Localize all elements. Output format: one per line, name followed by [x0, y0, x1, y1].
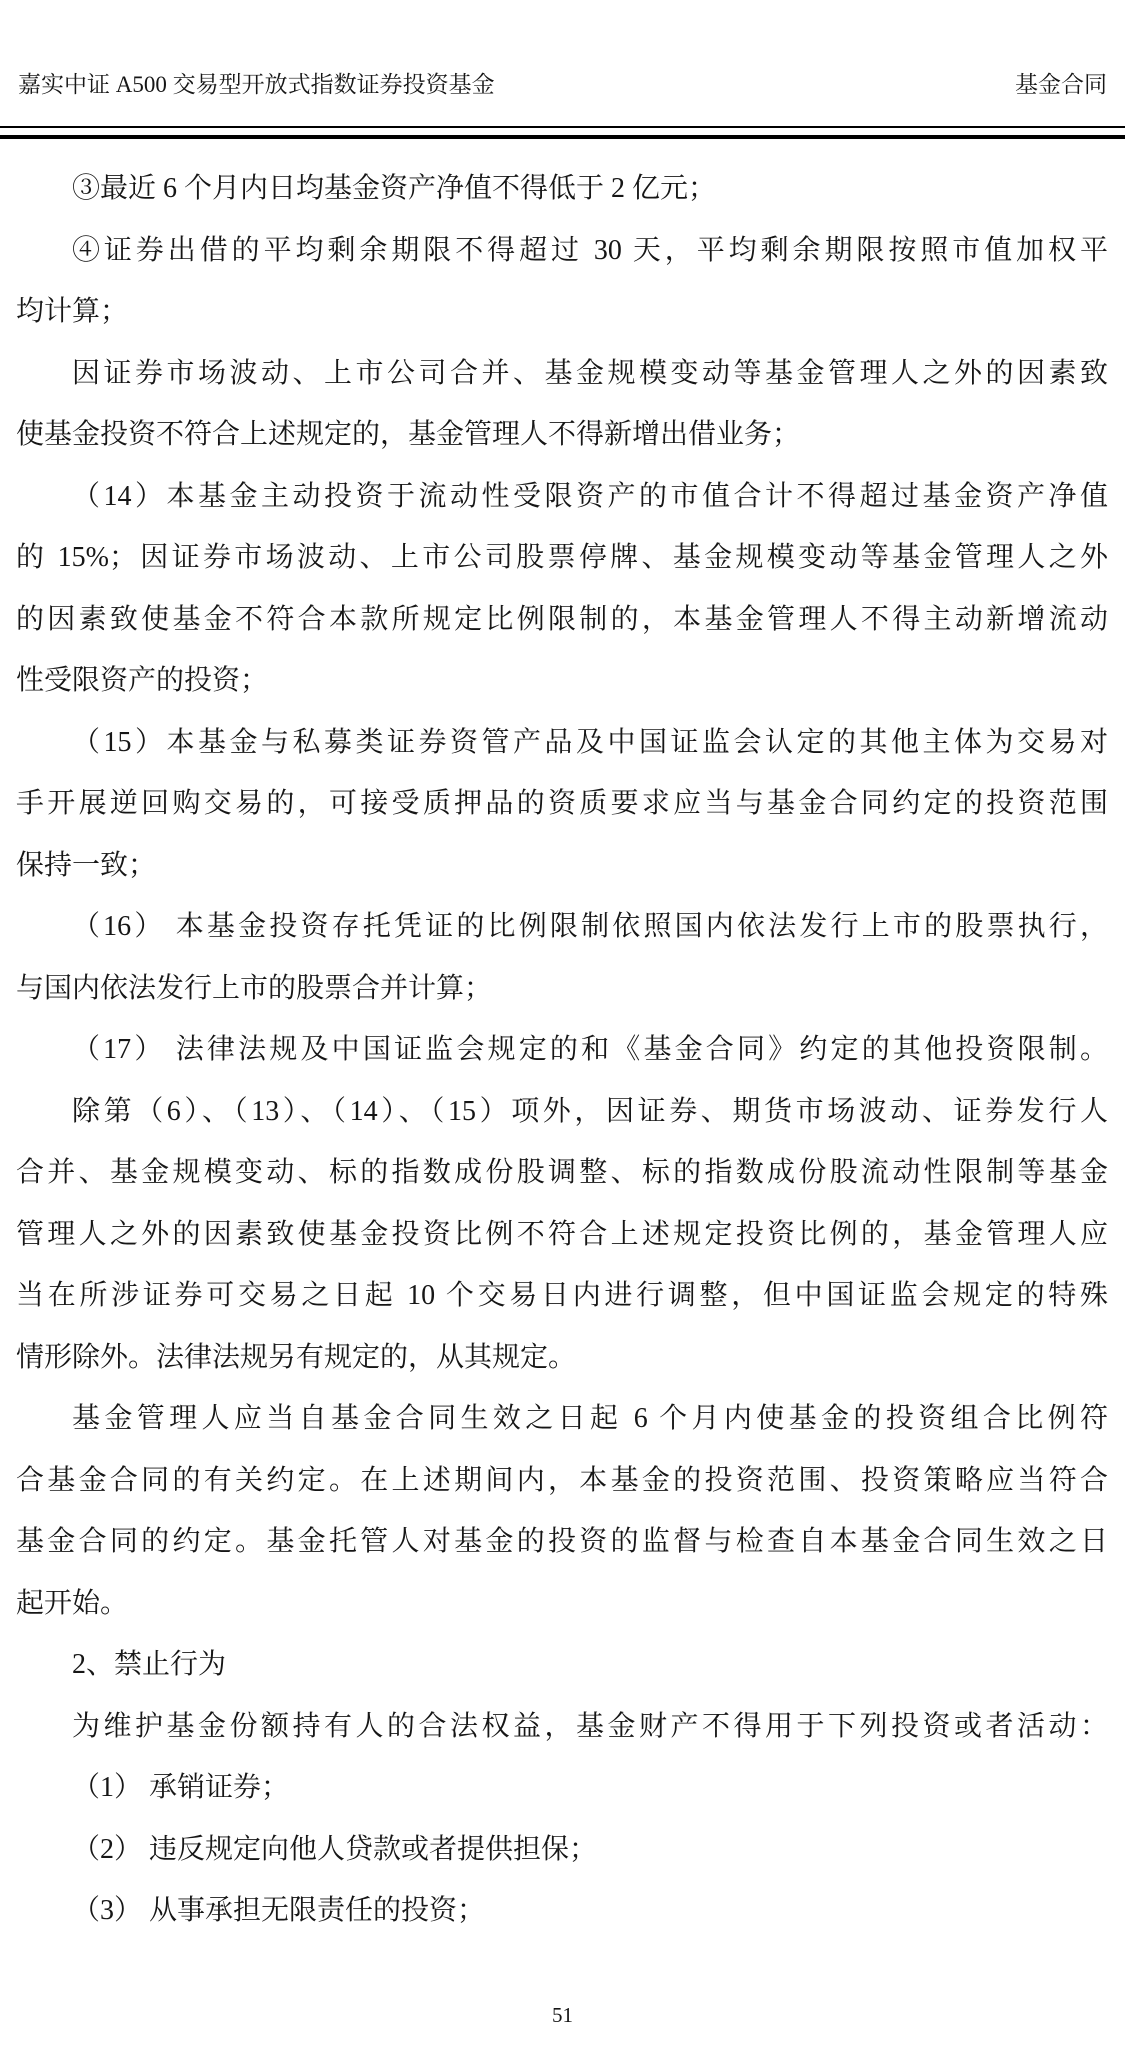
paragraph-line: 基金合同的约定。基金托管人对基金的投资的监督与检查自本基金合同生效之日 [16, 1511, 1108, 1573]
paragraph-line: 保持一致； [16, 835, 1108, 897]
paragraph-line: 情形除外。法律法规另有规定的，从其规定。 [16, 1327, 1108, 1389]
paragraph-line: ④证券出借的平均剩余期限不得超过 30 天，平均剩余期限按照市值加权平 [16, 220, 1108, 282]
paragraph-line: 2、禁止行为 [16, 1634, 1108, 1696]
paragraph-line: 均计算； [16, 281, 1108, 343]
paragraph-line: （2） 违反规定向他人贷款或者提供担保； [16, 1819, 1108, 1881]
paragraph-line: 的因素致使基金不符合本款所规定比例限制的，本基金管理人不得主动新增流动 [16, 589, 1108, 651]
header-rule-thin [0, 126, 1125, 128]
paragraph-line: （16） 本基金投资存托凭证的比例限制依照国内依法发行上市的股票执行， [16, 896, 1108, 958]
header-rule-thick [0, 135, 1125, 139]
document-page: 嘉实中证 A500 交易型开放式指数证券投资基金 基金合同 ③最近 6 个月内日… [0, 0, 1125, 2065]
page-number: 51 [552, 2003, 573, 2027]
page-footer: 51 [0, 2000, 1125, 2030]
paragraph-line: 除第（6）、（13）、（14）、（15）项外，因证券、期货市场波动、证券发行人 [16, 1081, 1108, 1143]
paragraph-line: 合基金合同的有关约定。在上述期间内，本基金的投资范围、投资策略应当符合 [16, 1450, 1108, 1512]
paragraph-line: （3） 从事承担无限责任的投资； [16, 1880, 1108, 1942]
paragraph-line: （14）本基金主动投资于流动性受限资产的市值合计不得超过基金资产净值 [16, 466, 1108, 528]
header-section-label: 基金合同 [1015, 68, 1107, 102]
paragraph-line: （17） 法律法规及中国证监会规定的和《基金合同》约定的其他投资限制。 [16, 1019, 1108, 1081]
paragraph-line: 的 15%；因证券市场波动、上市公司股票停牌、基金规模变动等基金管理人之外 [16, 527, 1108, 589]
paragraph-line: 为维护基金份额持有人的合法权益，基金财产不得用于下列投资或者活动： [16, 1696, 1108, 1758]
paragraph-line: （15）本基金与私募类证券资管产品及中国证监会认定的其他主体为交易对 [16, 712, 1108, 774]
paragraph-line: 因证券市场波动、上市公司合并、基金规模变动等基金管理人之外的因素致 [16, 343, 1108, 405]
paragraph-line: 当在所涉证券可交易之日起 10 个交易日内进行调整，但中国证监会规定的特殊 [16, 1265, 1108, 1327]
paragraph-line: 基金管理人应当自基金合同生效之日起 6 个月内使基金的投资组合比例符 [16, 1388, 1108, 1450]
paragraph-line: 性受限资产的投资； [16, 650, 1108, 712]
paragraph-line: 使基金投资不符合上述规定的，基金管理人不得新增出借业务； [16, 404, 1108, 466]
paragraph-line: 合并、基金规模变动、标的指数成份股调整、标的指数成份股流动性限制等基金 [16, 1142, 1108, 1204]
paragraph-line: 与国内依法发行上市的股票合并计算； [16, 958, 1108, 1020]
paragraph-line: ③最近 6 个月内日均基金资产净值不得低于 2 亿元； [16, 158, 1108, 220]
document-body: ③最近 6 个月内日均基金资产净值不得低于 2 亿元；④证券出借的平均剩余期限不… [16, 158, 1108, 1942]
paragraph-line: 起开始。 [16, 1573, 1108, 1635]
paragraph-line: 管理人之外的因素致使基金投资比例不符合上述规定投资比例的，基金管理人应 [16, 1204, 1108, 1266]
page-header: 嘉实中证 A500 交易型开放式指数证券投资基金 基金合同 [18, 68, 1107, 102]
paragraph-line: 手开展逆回购交易的，可接受质押品的资质要求应当与基金合同约定的投资范围 [16, 773, 1108, 835]
header-fund-title: 嘉实中证 A500 交易型开放式指数证券投资基金 [18, 68, 495, 102]
paragraph-line: （1） 承销证券； [16, 1757, 1108, 1819]
